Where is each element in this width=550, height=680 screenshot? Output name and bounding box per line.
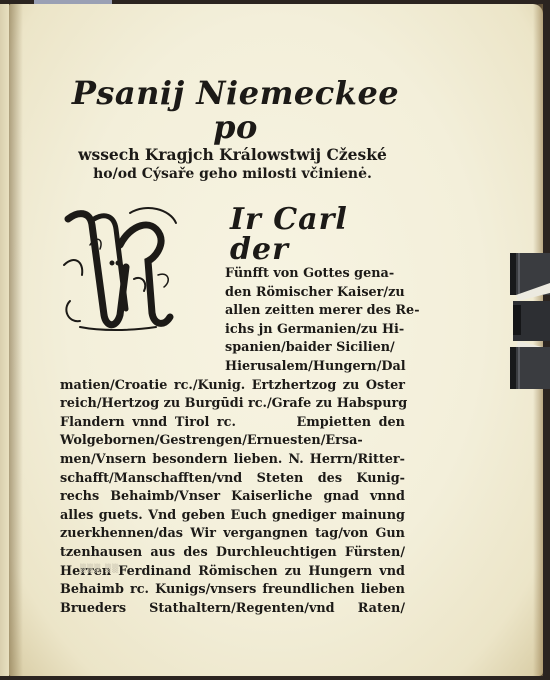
text-line: rechs Behaimb/Vnser Kaiserliche gnad vnn… <box>60 488 405 507</box>
text-line: zuerkhennen/das Wir vergangnen tag/von G… <box>60 525 405 544</box>
text-line: men/Vnsern besondern lieben. N. Herrn/Ri… <box>60 451 405 470</box>
faded-library-stamp: ▒▒▒ ▒▒ <box>80 564 119 573</box>
text-line: alles guets. Vnd geben Euch gnediger mai… <box>60 507 405 526</box>
gutter-shadow <box>9 4 23 676</box>
text-line: matien/Croatie rc./Kunig. Ertzhertzog zu… <box>60 377 405 396</box>
text-line: Wolgebornen/Gestrengen/Ernuesten/Ersa- <box>60 432 405 451</box>
text-line: den Römischer Kaiser/zu <box>225 284 405 303</box>
title-line-2: wssech Kragjch Králowstwij Cžeské <box>60 145 405 165</box>
decorated-initial-w-icon <box>60 205 178 333</box>
text-line: allen zeitten merer des Re- <box>225 302 405 321</box>
text-line: ichs jn Germanien/zu Hi- <box>225 321 405 340</box>
binder-clip-icon <box>510 253 550 389</box>
body-text: Ir Carl der Fünfft von Gottes gena- den … <box>60 205 405 618</box>
title-line-1: Psanij Niemeckee po <box>66 76 405 144</box>
text-line: schafft/Manschafften/vnd Steten des Kuni… <box>60 470 405 489</box>
printed-text-block: Psanij Niemeckee po wssech Kragjch Králo… <box>60 76 405 618</box>
text-line: Hierusalem/Hungern/Dal <box>225 358 405 377</box>
scanned-document: Psanij Niemeckee po wssech Kragjch Králo… <box>0 0 550 680</box>
title-line-3: ho/od Cýsaře geho milosti včinienė. <box>60 165 405 183</box>
text-line: spanien/baider Sicilien/ <box>225 339 405 358</box>
text-line: Flandern vnnd Tirol rc. Empietten den <box>60 414 405 433</box>
text-line: reich/Hertzog zu Burgūdi rc./Grafe zu Ha… <box>60 395 405 414</box>
opening-line: Ir Carl der <box>230 205 405 265</box>
text-line: Brueders Stathaltern/Regenten/vnd Raten/ <box>60 600 405 619</box>
text-line: Fünfft von Gottes gena- <box>225 265 405 284</box>
text-line: tzenhausen aus des Durchleuchtigen Fürst… <box>60 544 405 563</box>
text-line: Behaimb rc. Kunigs/vnsers freundlichen l… <box>60 581 405 600</box>
previous-page-edge <box>0 4 9 676</box>
